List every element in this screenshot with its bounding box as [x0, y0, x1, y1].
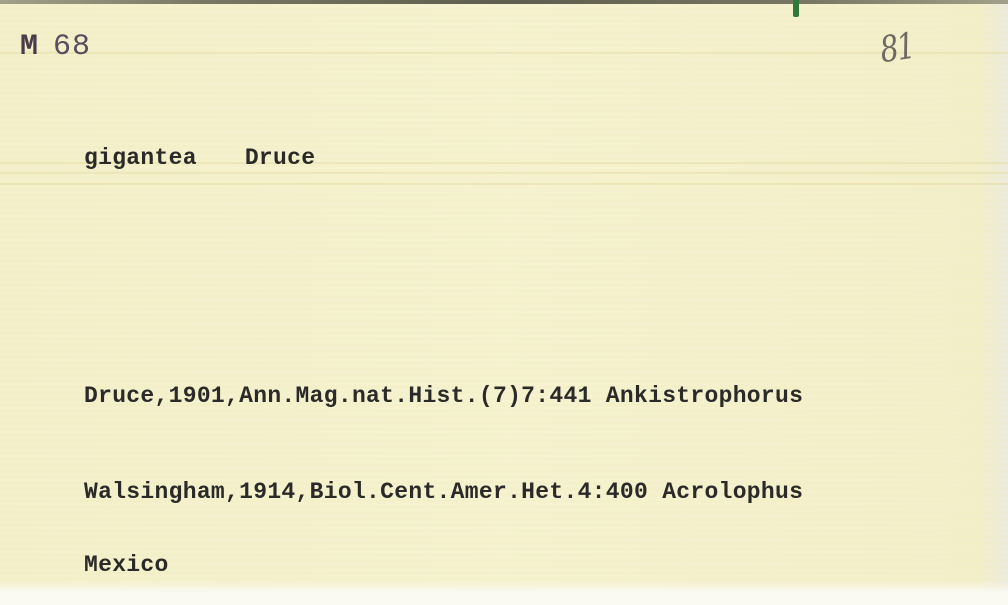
card-top-edge — [0, 0, 1008, 4]
catalog-prefix-stamp: M — [20, 30, 39, 64]
green-index-tab — [793, 0, 799, 17]
locality: Mexico — [84, 552, 169, 578]
references-block: Druce,1901,Ann.Mag.nat.Hist.(7)7:441 Ank… — [84, 316, 803, 572]
species-name: gigantea — [84, 145, 197, 171]
faint-ruled-line — [0, 52, 1008, 54]
taxon-name-line: giganteaDruce — [84, 145, 315, 171]
catalog-number-value: 68 — [53, 30, 91, 64]
reference-line: Druce,1901,Ann.Mag.nat.Hist.(7)7:441 Ank… — [84, 380, 803, 412]
faint-ruled-line — [0, 183, 1008, 185]
species-author: Druce — [245, 145, 316, 171]
index-card: M 68 81 giganteaDruce Druce,1901,Ann.Mag… — [0, 0, 1008, 605]
catalog-number: M 68 — [20, 30, 91, 64]
handwritten-note: 81 — [877, 26, 916, 71]
faint-ruled-line — [0, 172, 1008, 174]
reference-line: Walsingham,1914,Biol.Cent.Amer.Het.4:400… — [84, 476, 803, 508]
